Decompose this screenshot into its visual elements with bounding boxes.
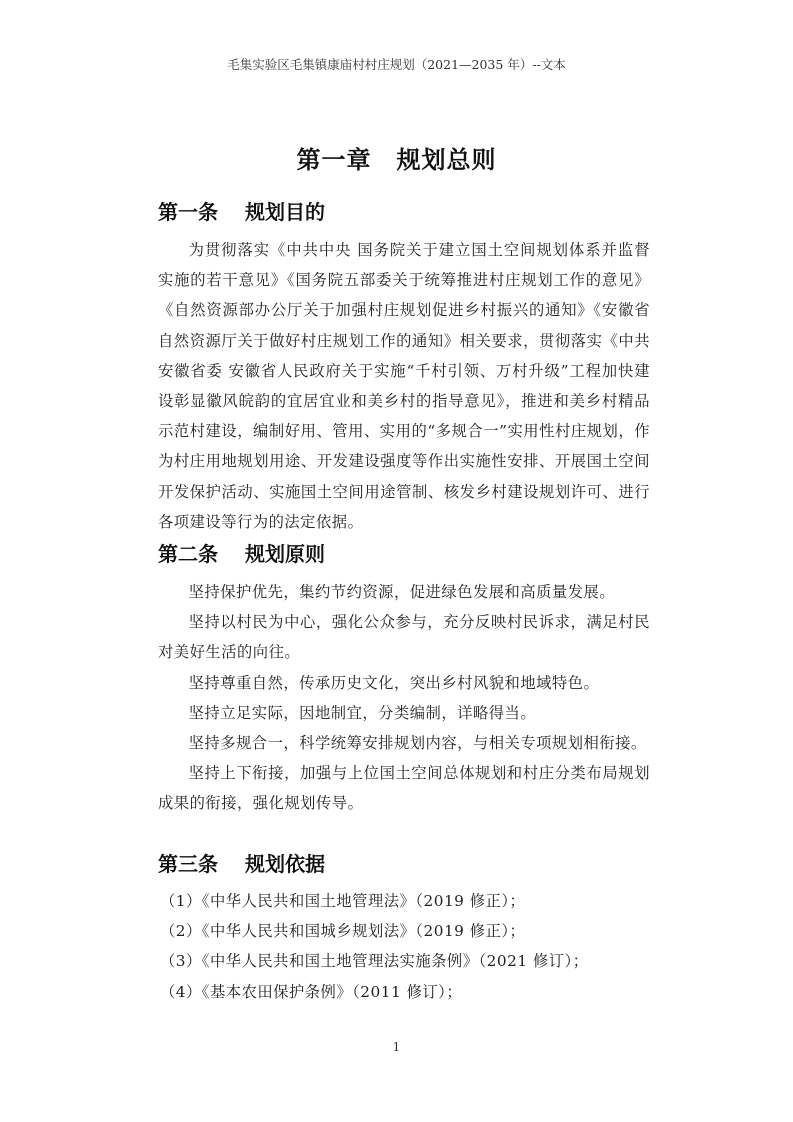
basis-list-item: （1）《中华人民共和国土地管理法》（2019 修正）； — [160, 886, 652, 916]
article-2-heading: 第二条 规划原则 — [158, 538, 325, 567]
principle-item: 坚持尊重自然，传承历史文化，突出乡村风貌和地域特色。 — [158, 668, 650, 698]
page-number: 1 — [0, 1040, 793, 1054]
principle-item: 坚持以村民为中心，强化公众参与，充分反映村民诉求，满足村民对美好生活的向往。 — [158, 607, 650, 667]
principle-item: 坚持上下衔接，加强与上位国土空间总体规划和村庄分类布局规划成果的衔接，强化规划传… — [158, 758, 650, 818]
basis-list-item: （2）《中华人民共和国城乡规划法》（2019 修正）； — [160, 916, 652, 946]
principle-item: 坚持立足实际，因地制宜，分类编制，详略得当。 — [158, 698, 650, 728]
article-1-paragraph: 为贯彻落实《中共中央 国务院关于建立国土空间规划体系并监督实施的若干意见》《国务… — [158, 235, 650, 537]
article-1-heading: 第一条 规划目的 — [158, 196, 325, 225]
basis-list-item: （4）《基本农田保护条例》（2011 修订）； — [160, 977, 652, 1007]
basis-list-item: （3）《中华人民共和国土地管理法实施条例》（2021 修订）； — [160, 946, 652, 976]
article-2-body: 坚持保护优先，集约节约资源，促进绿色发展和高质量发展。 坚持以村民为中心，强化公… — [158, 577, 650, 819]
running-header: 毛集实验区毛集镇康庙村村庄规划（2021—2035 年）--文本 — [0, 55, 793, 73]
principle-item: 坚持多规合一，科学统筹安排规划内容，与相关专项规划相衔接。 — [158, 728, 650, 758]
article-1-body: 为贯彻落实《中共中央 国务院关于建立国土空间规划体系并监督实施的若干意见》《国务… — [158, 235, 650, 537]
chapter-title: 第一章 规划总则 — [0, 140, 793, 175]
document-page: 毛集实验区毛集镇康庙村村庄规划（2021—2035 年）--文本 第一章 规划总… — [0, 0, 793, 1122]
article-3-body: （1）《中华人民共和国土地管理法》（2019 修正）； （2）《中华人民共和国城… — [160, 886, 652, 1007]
article-3-heading: 第三条 规划依据 — [158, 848, 325, 877]
principle-item: 坚持保护优先，集约节约资源，促进绿色发展和高质量发展。 — [158, 577, 650, 607]
